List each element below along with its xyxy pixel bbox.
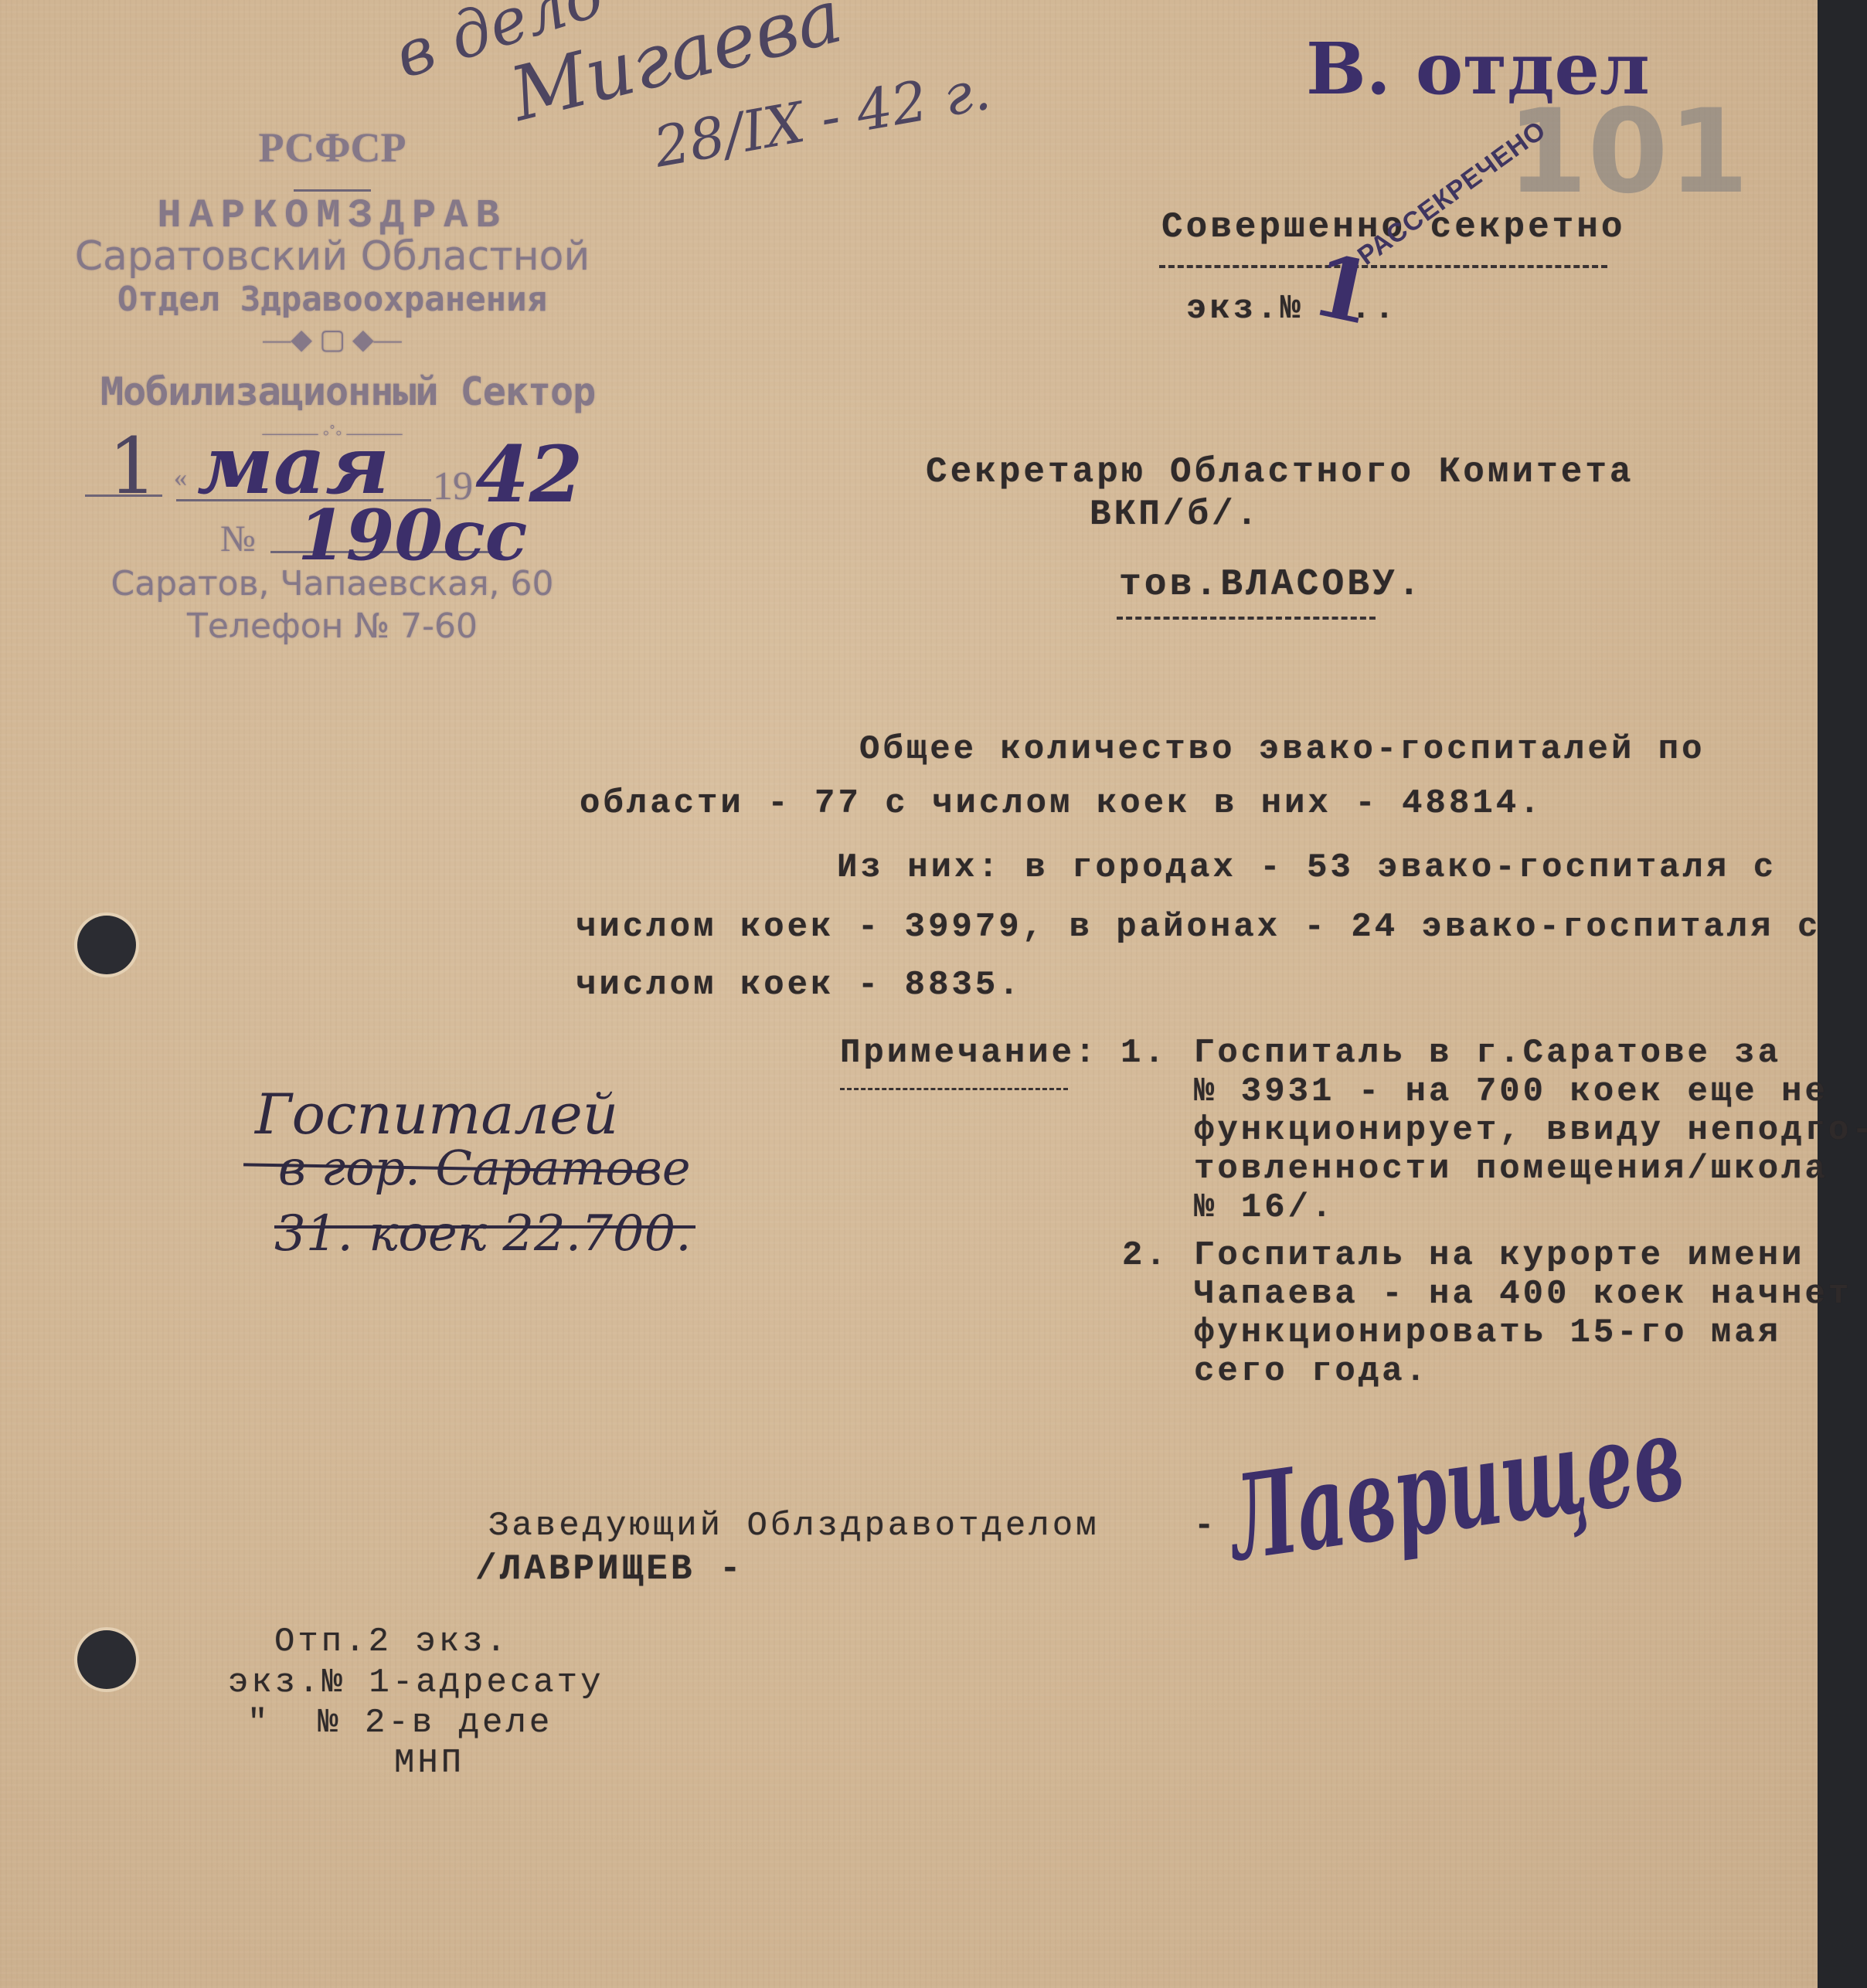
body-p2-line1: Из них: в городах - 53 эвако-госпиталя с	[837, 848, 1777, 887]
note-item-2-number: 2.	[1122, 1236, 1169, 1275]
distribution-line-4: МНП	[394, 1744, 464, 1782]
note-item-2-line-4: сего года.	[1194, 1352, 1429, 1391]
note-label: Примечание:	[840, 1034, 1098, 1072]
body-p1-line1: Общее количество эвако-госпиталей по	[859, 730, 1705, 769]
note-label-underline	[840, 1088, 1068, 1090]
stamp-narkomzdrav: НАРКОМЗДРАВ	[100, 193, 564, 239]
stamp-health-department: Отдел Здравоохранения	[100, 280, 564, 319]
margin-note-line-3: 31. коек 22.700.	[274, 1205, 692, 1262]
date-day: 1	[108, 421, 158, 511]
note-item-1-line-3: функционирует, ввиду неподго-	[1194, 1111, 1867, 1150]
body-p1-line2: области - 77 с числом коек в них - 48814…	[580, 784, 1543, 823]
addressee-underline	[1117, 617, 1376, 620]
addressee-name: тов.ВЛАСОВУ.	[1119, 564, 1423, 606]
body-p2-line2: числом коек - 39979, в районах - 24 эвак…	[576, 908, 1821, 946]
margin-note-line-1: Госпиталей	[255, 1082, 618, 1147]
note-item-1-line-2: № 3931 - на 700 коек еще не	[1194, 1072, 1828, 1111]
note-item-1-line-4: товленности помещения/школа	[1194, 1150, 1828, 1188]
punch-hole-top	[77, 916, 136, 974]
stamp-divider	[294, 189, 371, 192]
stamp-saratov-oblast: Саратовский Областной	[62, 233, 603, 280]
stamp-phone: Телефон № 7-60	[100, 607, 564, 646]
date-quote: «	[174, 464, 187, 493]
distribution-line-1: Отп.2 экз.	[274, 1623, 509, 1661]
punch-hole-bottom	[77, 1630, 136, 1689]
margin-note-line-2: в гор. Саратове	[278, 1140, 691, 1196]
scan-background-edge	[1818, 0, 1867, 1988]
stamp-mobilization-sector: Мобилизационный Сектор	[100, 369, 564, 414]
note-item-2-line-3: функционировать 15-го мая	[1194, 1313, 1781, 1352]
distribution-line-2: экз.№ 1-адресату	[228, 1663, 604, 1702]
stamp-ornament: —◆ ▢ ◆—	[155, 323, 510, 355]
stamp-rsfsr: РСФСР	[178, 124, 487, 172]
stamp-address: Саратов, Чапаевская, 60	[62, 564, 603, 603]
note-item-2-line-1: Госпиталь на курорте имени	[1194, 1236, 1805, 1275]
note-item-1-line-1: Госпиталь в г.Саратове за	[1194, 1034, 1781, 1072]
pencil-number-mark: 101	[1507, 85, 1749, 219]
body-p2-line3: числом коек - 8835.	[576, 966, 1022, 1004]
outgoing-number-label: №	[220, 518, 256, 560]
signature-title: Заведующий Облздравотделом	[488, 1507, 1100, 1545]
classification-underline	[1159, 265, 1607, 268]
signature-name: /ЛАВРИЩЕВ -	[475, 1549, 744, 1589]
signature-dash: -	[1194, 1507, 1217, 1545]
note-item-2-line-2: Чапаева - на 400 коек начнет	[1194, 1275, 1852, 1313]
distribution-line-3: " № 2-в деле	[247, 1704, 553, 1742]
note-item-1-number: 1.	[1121, 1034, 1168, 1072]
addressee-line-2: ВКП/б/.	[1090, 494, 1260, 535]
note-item-1-line-5: № 16/.	[1194, 1188, 1335, 1227]
addressee-line-1: Секретарю Областного Комитета	[926, 452, 1634, 492]
